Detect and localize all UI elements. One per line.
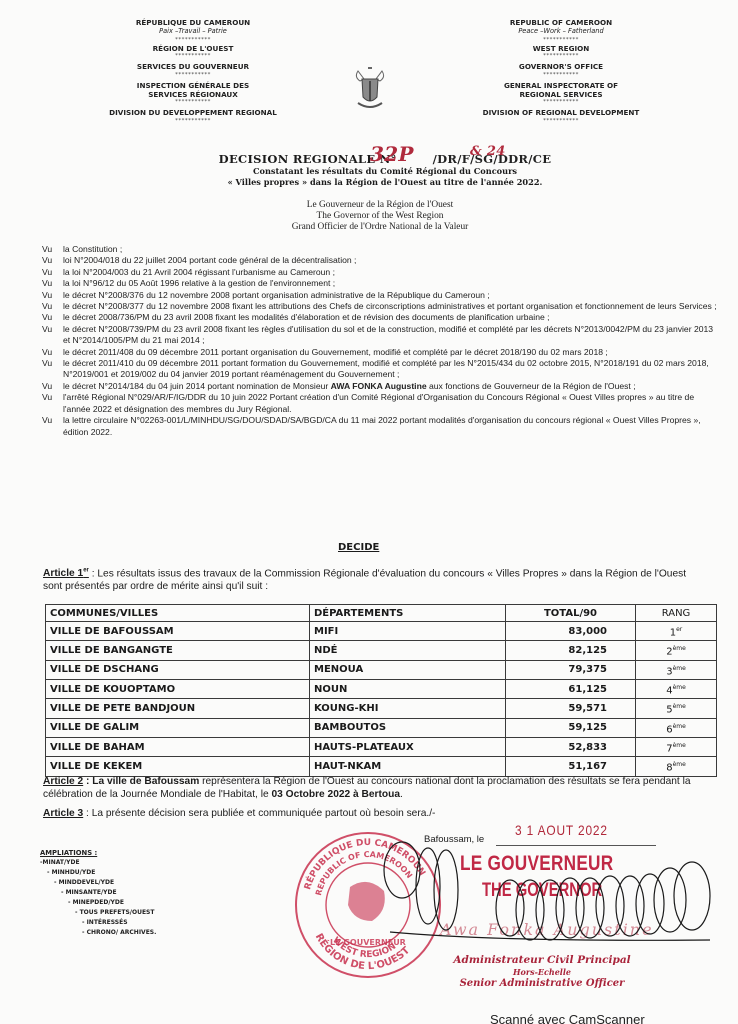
separator: *********** bbox=[78, 99, 308, 106]
col-header-rang: RANG bbox=[636, 605, 717, 622]
inspection-line1: INSPECTION GÉNÉRALE DES bbox=[78, 81, 308, 90]
rank-line-2: Hors-Echelle bbox=[432, 967, 652, 977]
division-name: DIVISION DU DEVELOPPEMENT REGIONAL bbox=[78, 108, 308, 117]
cell-rang: 8ème bbox=[636, 757, 717, 776]
header-left: RÉPUBLIQUE DU CAMEROUN Paix –Travail – P… bbox=[78, 18, 308, 125]
separator: *********** bbox=[78, 37, 308, 44]
vu-text-before: le décret N°2014/184 du 04 juin 2014 por… bbox=[63, 381, 331, 391]
article-2-label: Article 2 bbox=[43, 776, 83, 787]
cell-commune: VILLE DE BAFOUSSAM bbox=[46, 622, 310, 641]
article-2-lead: : La ville de Bafoussam bbox=[83, 776, 199, 787]
vu-item: Vula loi N°2004/003 du 21 Avril 2004 rég… bbox=[42, 267, 722, 278]
ampliation-item: - MINDDEVEL/YDE bbox=[40, 878, 156, 888]
country-name: RÉPUBLIQUE DU CAMEROUN bbox=[78, 18, 308, 27]
rank-line-1: Administrateur Civil Principal bbox=[432, 954, 652, 966]
vu-label: Vu bbox=[42, 324, 63, 347]
rang-suffix: ème bbox=[673, 645, 686, 652]
vu-text-bold: AWA FONKA Augustine bbox=[331, 381, 427, 391]
vu-label: Vu bbox=[42, 415, 63, 438]
decision-number-handwritten: 32P bbox=[370, 142, 414, 166]
ampliations-title: AMPLIATIONS : bbox=[40, 848, 156, 858]
vu-item: Vule décret N°2008/376 du 12 novembre 20… bbox=[42, 290, 722, 301]
results-table: COMMUNES/VILLES DÉPARTEMENTS TOTAL/90 RA… bbox=[45, 604, 717, 777]
col-header-communes: COMMUNES/VILLES bbox=[46, 605, 310, 622]
cell-commune: VILLE DE DSCHANG bbox=[46, 660, 310, 679]
cell-total: 61,125 bbox=[506, 679, 636, 698]
separator: *********** bbox=[78, 118, 308, 125]
cell-departement: MENOUA bbox=[310, 660, 506, 679]
country-name-en: REPUBLIC OF CAMEROON bbox=[446, 18, 676, 27]
ampliation-item: - CHRONO/ ARCHIVES. bbox=[40, 928, 156, 938]
decision-handwritten-extra: & 24 bbox=[470, 144, 506, 159]
article-2: Article 2 : La ville de Bafoussam représ… bbox=[43, 775, 703, 801]
ampliation-item: - MINEPDED/YDE bbox=[40, 898, 156, 908]
rang-suffix: ème bbox=[673, 684, 686, 691]
vu-item: Vula Constitution ; bbox=[42, 244, 722, 255]
decision-title-block: DECISION REGIONALE N°/DR/F/SG/DDR/CE 32P… bbox=[170, 152, 600, 188]
decision-subtitle-1: Constatant les résultats du Comité Régio… bbox=[170, 166, 600, 177]
table-row: VILLE DE BAFOUSSAMMIFI83,0001er bbox=[46, 622, 717, 641]
table-header-row: COMMUNES/VILLES DÉPARTEMENTS TOTAL/90 RA… bbox=[46, 605, 717, 622]
cell-departement: NDÉ bbox=[310, 641, 506, 660]
vu-label: Vu bbox=[42, 267, 63, 278]
table-row: VILLE DE BAHAMHAUTS-PLATEAUX52,8337ème bbox=[46, 737, 717, 756]
cell-rang: 2ème bbox=[636, 641, 717, 660]
vu-label: Vu bbox=[42, 290, 63, 301]
col-header-total: TOTAL/90 bbox=[506, 605, 636, 622]
vu-label: Vu bbox=[42, 244, 63, 255]
article-1: Article 1er : Les résultats issus des tr… bbox=[43, 565, 703, 593]
article-2-end: . bbox=[400, 789, 403, 800]
cell-commune: VILLE DE BAHAM bbox=[46, 737, 310, 756]
separator: *********** bbox=[446, 118, 676, 125]
cell-rang: 5ème bbox=[636, 699, 717, 718]
rang-suffix: ème bbox=[673, 703, 686, 710]
table-row: VILLE DE DSCHANGMENOUA79,3753ème bbox=[46, 660, 717, 679]
table-row: VILLE DE PETE BANDJOUNKOUNG-KHI59,5715èm… bbox=[46, 699, 717, 718]
vu-item: Vule décret N°2014/184 du 04 juin 2014 p… bbox=[42, 381, 722, 392]
decision-subtitle-2: « Villes propres » dans la Région de l'O… bbox=[170, 177, 600, 188]
vu-text: le décret N°2014/184 du 04 juin 2014 por… bbox=[63, 381, 722, 392]
cell-commune: VILLE DE KOUOPTAMO bbox=[46, 679, 310, 698]
vu-label: Vu bbox=[42, 255, 63, 266]
cell-departement: BAMBOUTOS bbox=[310, 718, 506, 737]
motto-en: Peace –Work – Fatherland bbox=[446, 27, 676, 36]
cell-commune: VILLE DE PETE BANDJOUN bbox=[46, 699, 310, 718]
ampliations-list: AMPLIATIONS : -MINAT/YDE- MINHDU/YDE- MI… bbox=[40, 848, 156, 938]
rank-line-3: Senior Administrative Officer bbox=[432, 978, 652, 989]
vu-text-after: aux fonctions de Gouverneur de la Région… bbox=[427, 381, 636, 391]
vu-text: le décret 2011/410 du 09 décembre 2011 p… bbox=[63, 358, 722, 381]
separator: *********** bbox=[446, 99, 676, 106]
camscanner-watermark: Scanné avec CamScanner bbox=[490, 1012, 645, 1024]
cell-commune: VILLE DE GALIM bbox=[46, 718, 310, 737]
inspection-line2-en: REGIONAL SERVICES bbox=[446, 90, 676, 99]
ampliation-item: - TOUS PREFETS/OUEST bbox=[40, 908, 156, 918]
cell-commune: VILLE DE BANGANGTE bbox=[46, 641, 310, 660]
table-row: VILLE DE KOUOPTAMONOUN61,1254ème bbox=[46, 679, 717, 698]
vu-label: Vu bbox=[42, 358, 63, 381]
ampliation-item: - INTÉRESSÉS bbox=[40, 918, 156, 928]
rang-suffix: ème bbox=[673, 723, 686, 730]
inspection-line2: SERVICES RÉGIONAUX bbox=[78, 90, 308, 99]
vu-item: Vule décret 2011/408 du 09 décembre 2011… bbox=[42, 347, 722, 358]
vu-text: loi N°2004/018 du 22 juillet 2004 portan… bbox=[63, 255, 722, 266]
cell-rang: 7ème bbox=[636, 737, 717, 756]
vu-text: le décret N°2008/739/PM du 23 avril 2008… bbox=[63, 324, 722, 347]
separator: *********** bbox=[446, 53, 676, 60]
decide-heading: DECIDE bbox=[338, 542, 379, 553]
cell-rang: 6ème bbox=[636, 718, 717, 737]
cell-departement: HAUTS-PLATEAUX bbox=[310, 737, 506, 756]
cell-total: 79,375 bbox=[506, 660, 636, 679]
vu-text: la loi N°96/12 du 05 Août 1996 relative … bbox=[63, 278, 722, 289]
decision-title: DECISION REGIONALE N°/DR/F/SG/DDR/CE 32P… bbox=[170, 152, 600, 166]
separator: *********** bbox=[78, 53, 308, 60]
vu-list: Vula Constitution ;Vuloi N°2004/018 du 2… bbox=[42, 244, 722, 438]
vu-label: Vu bbox=[42, 381, 63, 392]
cell-rang: 3ème bbox=[636, 660, 717, 679]
division-name-en: DIVISION OF REGIONAL DEVELOPMENT bbox=[446, 108, 676, 117]
vu-text: le décret 2011/408 du 09 décembre 2011 p… bbox=[63, 347, 722, 358]
cell-departement: KOUNG-KHI bbox=[310, 699, 506, 718]
region-name: RÉGION DE L'OUEST bbox=[78, 44, 308, 53]
cell-departement: HAUT-NKAM bbox=[310, 757, 506, 776]
vu-item: Vul'arrêté Régional N°029/AR/F/IG/DDR du… bbox=[42, 392, 722, 415]
rang-suffix: ème bbox=[673, 742, 686, 749]
cell-total: 82,125 bbox=[506, 641, 636, 660]
vu-text: le décret N°2008/377 du 12 novembre 2008… bbox=[63, 301, 722, 312]
article-3-text: : La présente décision sera publiée et c… bbox=[83, 808, 435, 819]
ampliation-item: - MINSANTE/YDE bbox=[40, 888, 156, 898]
vu-label: Vu bbox=[42, 312, 63, 323]
motto: Paix –Travail – Patrie bbox=[78, 27, 308, 36]
rang-suffix: er bbox=[676, 626, 682, 633]
vu-item: Vula loi N°96/12 du 05 Août 1996 relativ… bbox=[42, 278, 722, 289]
ampliation-item: - MINHDU/YDE bbox=[40, 868, 156, 878]
vu-label: Vu bbox=[42, 392, 63, 415]
vu-item: Vule décret 2011/410 du 09 décembre 2011… bbox=[42, 358, 722, 381]
cell-commune: VILLE DE KEKEM bbox=[46, 757, 310, 776]
cell-departement: MIFI bbox=[310, 622, 506, 641]
table-row: VILLE DE BANGANGTENDÉ82,1252ème bbox=[46, 641, 717, 660]
article-2-date: 03 Octobre 2022 à Bertoua bbox=[271, 789, 400, 800]
governor-block: Le Gouverneur de la Région de l'Ouest Th… bbox=[230, 200, 530, 232]
handwritten-signature-icon bbox=[380, 840, 720, 950]
vu-text: la Constitution ; bbox=[63, 244, 722, 255]
governor-line-fr: Le Gouverneur de la Région de l'Ouest bbox=[230, 200, 530, 211]
separator: *********** bbox=[446, 72, 676, 79]
office-name-en: GOVERNOR'S OFFICE bbox=[446, 62, 676, 71]
article-1-text: : Les résultats issus des travaux de la … bbox=[43, 568, 686, 592]
vu-item: Vule décret N°2008/377 du 12 novembre 20… bbox=[42, 301, 722, 312]
separator: *********** bbox=[78, 72, 308, 79]
cell-total: 59,125 bbox=[506, 718, 636, 737]
coat-of-arms-icon bbox=[350, 63, 390, 115]
rang-suffix: ème bbox=[673, 665, 686, 672]
cell-departement: NOUN bbox=[310, 679, 506, 698]
table-row: VILLE DE GALIMBAMBOUTOS59,1256ème bbox=[46, 718, 717, 737]
vu-label: Vu bbox=[42, 347, 63, 358]
cell-total: 51,167 bbox=[506, 757, 636, 776]
vu-item: Vule décret 2008/736/PM du 23 avril 2008… bbox=[42, 312, 722, 323]
office-name: SERVICES DU GOUVERNEUR bbox=[78, 62, 308, 71]
vu-text: le décret 2008/736/PM du 23 avril 2008 f… bbox=[63, 312, 722, 323]
signatory-rank: Administrateur Civil Principal Hors-Eche… bbox=[432, 954, 652, 989]
vu-item: Vuloi N°2004/018 du 22 juillet 2004 port… bbox=[42, 255, 722, 266]
governor-honour: Grand Officier de l'Ordre National de la… bbox=[230, 222, 530, 233]
cell-total: 52,833 bbox=[506, 737, 636, 756]
inspection-line1-en: GENERAL INSPECTORATE OF bbox=[446, 81, 676, 90]
date-stamp: 3 1 AOUT 2022 bbox=[515, 822, 608, 838]
cell-rang: 4ème bbox=[636, 679, 717, 698]
vu-label: Vu bbox=[42, 301, 63, 312]
vu-text: la lettre circulaire N°02263-001/L/MINHD… bbox=[63, 415, 722, 438]
vu-text: l'arrêté Régional N°029/AR/F/IG/DDR du 1… bbox=[63, 392, 722, 415]
article-1-label: Article 1er bbox=[43, 568, 89, 579]
table-row: VILLE DE KEKEMHAUT-NKAM51,1678ème bbox=[46, 757, 717, 776]
region-name-en: WEST REGION bbox=[446, 44, 676, 53]
separator: *********** bbox=[446, 37, 676, 44]
cell-rang: 1er bbox=[636, 622, 717, 641]
vu-label: Vu bbox=[42, 278, 63, 289]
vu-item: Vule décret N°2008/739/PM du 23 avril 20… bbox=[42, 324, 722, 347]
header-right: REPUBLIC OF CAMEROON Peace –Work – Fathe… bbox=[446, 18, 676, 125]
cell-total: 59,571 bbox=[506, 699, 636, 718]
vu-item: Vula lettre circulaire N°02263-001/L/MIN… bbox=[42, 415, 722, 438]
cell-total: 83,000 bbox=[506, 622, 636, 641]
vu-text: la loi N°2004/003 du 21 Avril 2004 régis… bbox=[63, 267, 722, 278]
article-3: Article 3 : La présente décision sera pu… bbox=[43, 807, 703, 820]
article-1-label-text: Article 1 bbox=[43, 568, 83, 579]
col-header-departements: DÉPARTEMENTS bbox=[310, 605, 506, 622]
ampliation-item: -MINAT/YDE bbox=[40, 858, 156, 868]
vu-text: le décret N°2008/376 du 12 novembre 2008… bbox=[63, 290, 722, 301]
article-3-label: Article 3 bbox=[43, 808, 83, 819]
governor-line-en: The Governor of the West Region bbox=[230, 211, 530, 222]
rang-suffix: ème bbox=[673, 761, 686, 768]
